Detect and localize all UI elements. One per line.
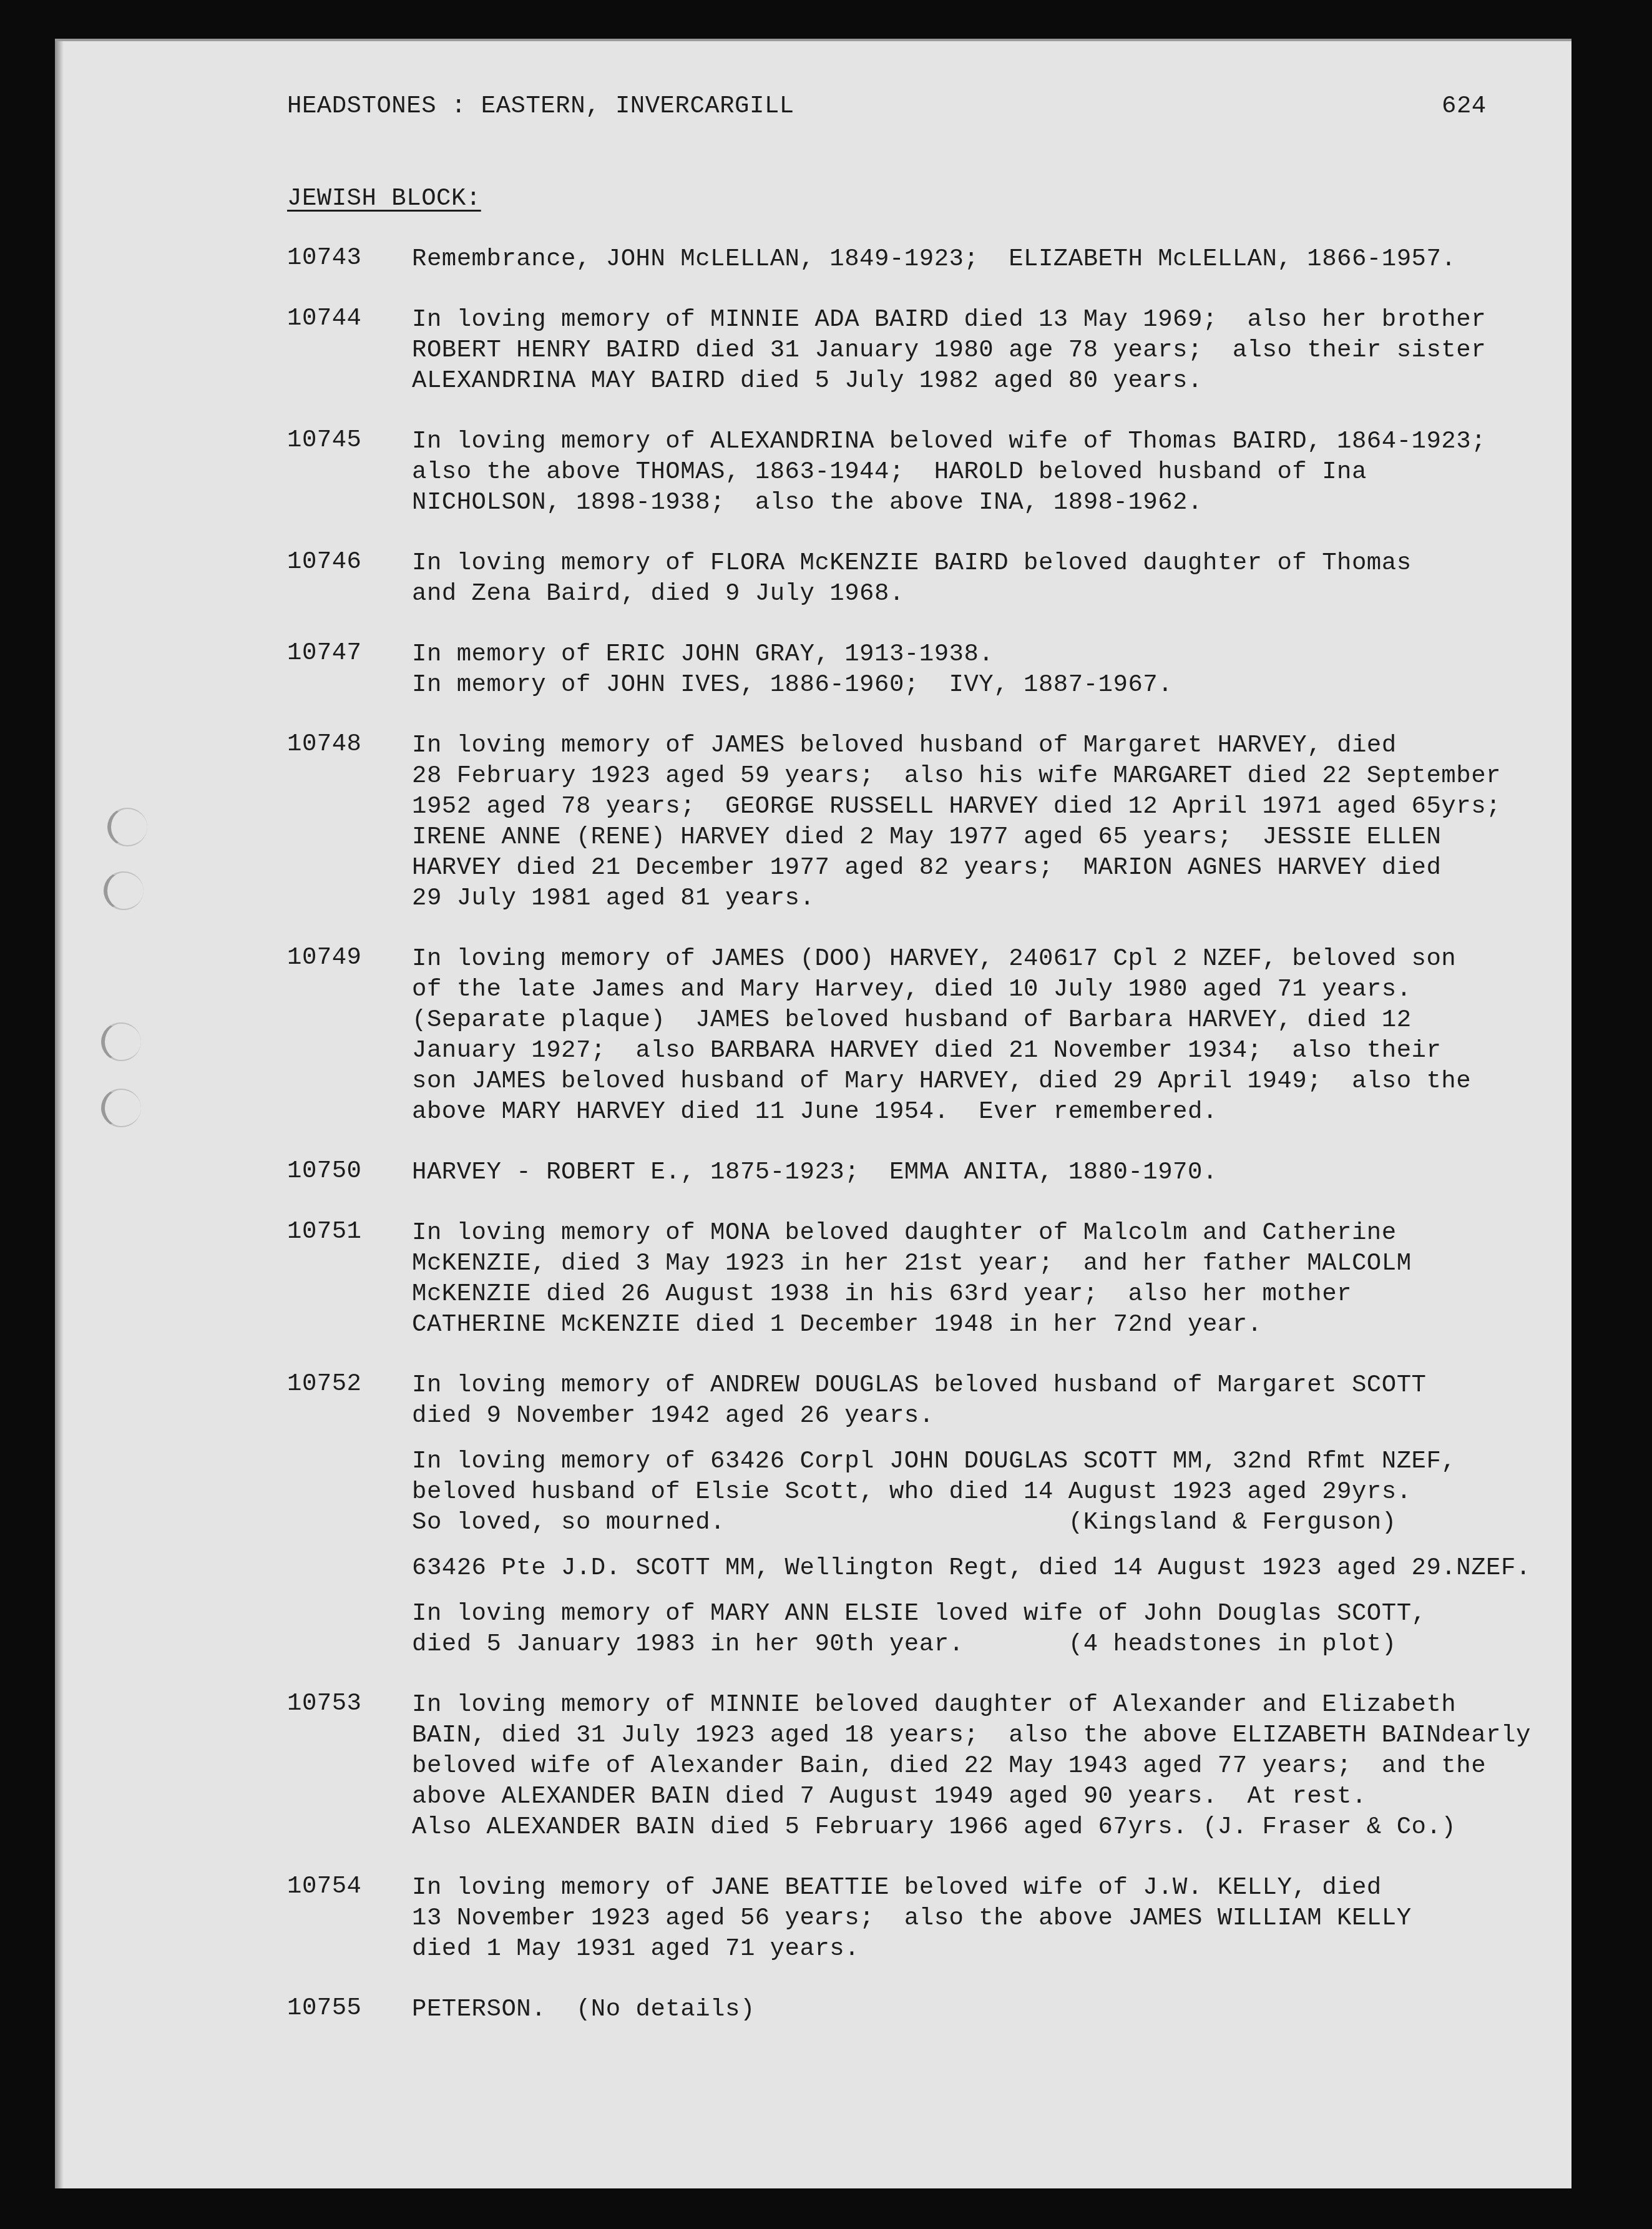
inscription-line: In loving memory of ANDREW DOUGLAS belov… [412,1370,1585,1401]
inscription-line: died 1 May 1931 aged 71 years. [412,1934,1585,1964]
inscription-line: McKENZIE died 26 August 1938 in his 63rd… [412,1279,1585,1310]
inscription-line: McKENZIE, died 3 May 1923 in her 21st ye… [412,1248,1585,1279]
entry-number: 10747 [287,639,412,700]
inscription-line: In loving memory of ALEXANDRINA beloved … [412,426,1585,457]
entry-number: 10744 [287,305,412,396]
inscription-line: died 5 January 1983 in her 90th year. (4… [412,1629,1585,1660]
list-item: 10744In loving memory of MINNIE ADA BAIR… [287,305,1585,396]
inscription-paragraph: In loving memory of JAMES (DOO) HARVEY, … [412,944,1585,1127]
inscription-paragraph: 63426 Pte J.D. SCOTT MM, Wellington Regt… [412,1553,1585,1584]
entry-text: In loving memory of JAMES beloved husban… [412,730,1585,914]
inscription-line: HARVEY died 21 December 1977 aged 82 yea… [412,853,1585,883]
inscription-line: 13 November 1923 aged 56 years; also the… [412,1903,1585,1934]
inscription-line: In loving memory of FLORA McKENZIE BAIRD… [412,548,1585,579]
inscription-paragraph: In loving memory of ANDREW DOUGLAS belov… [412,1370,1585,1431]
inscription-line: 1952 aged 78 years; GEORGE RUSSELL HARVE… [412,791,1585,822]
list-item: 10751In loving memory of MONA beloved da… [287,1218,1585,1340]
inscription-paragraph: In loving memory of MINNIE beloved daugh… [412,1690,1585,1843]
section-title: JEWISH BLOCK: [287,185,481,212]
list-item: 10743Remembrance, JOHN McLELLAN, 1849-19… [287,244,1585,275]
entry-text: In loving memory of FLORA McKENZIE BAIRD… [412,548,1585,609]
list-item: 10748In loving memory of JAMES beloved h… [287,730,1585,914]
inscription-paragraph: HARVEY - ROBERT E., 1875-1923; EMMA ANIT… [412,1157,1585,1188]
inscription-paragraph: In loving memory of FLORA McKENZIE BAIRD… [412,548,1585,609]
inscription-line: 63426 Pte J.D. SCOTT MM, Wellington Regt… [412,1553,1585,1584]
list-item: 10746In loving memory of FLORA McKENZIE … [287,548,1585,609]
inscription-line: son JAMES beloved husband of Mary HARVEY… [412,1066,1585,1097]
entry-list: 10743Remembrance, JOHN McLELLAN, 1849-19… [287,244,1585,2055]
inscription-paragraph: In loving memory of JAMES beloved husban… [412,730,1585,914]
entry-text: In loving memory of MONA beloved daughte… [412,1218,1585,1340]
entry-text: PETERSON. (No details) [412,1994,1585,2025]
inscription-line: and Zena Baird, died 9 July 1968. [412,579,1585,609]
binder-hole [107,808,147,846]
inscription-line: In loving memory of JANE BEATTIE beloved… [412,1873,1585,1903]
inscription-line: also the above THOMAS, 1863-1944; HAROLD… [412,457,1585,487]
entry-text: Remembrance, JOHN McLELLAN, 1849-1923; E… [412,244,1585,275]
entry-text: In loving memory of MINNIE ADA BAIRD die… [412,305,1585,396]
inscription-paragraph: In loving memory of 63426 Corpl JOHN DOU… [412,1446,1585,1538]
inscription-line: NICHOLSON, 1898-1938; also the above INA… [412,487,1585,518]
binder-hole [104,871,144,910]
inscription-paragraph: In loving memory of MINNIE ADA BAIRD die… [412,305,1585,396]
inscription-paragraph: In loving memory of MARY ANN ELSIE loved… [412,1599,1585,1660]
inscription-line: BAIN, died 31 July 1923 aged 18 years; a… [412,1720,1585,1751]
inscription-line: In memory of ERIC JOHN GRAY, 1913-1938. [412,639,1585,670]
inscription-line: beloved wife of Alexander Bain, died 22 … [412,1751,1585,1781]
inscription-paragraph: Remembrance, JOHN McLELLAN, 1849-1923; E… [412,244,1585,275]
entry-number: 10753 [287,1690,412,1843]
page-number: 624 [1442,92,1487,120]
inscription-line: (Separate plaque) JAMES beloved husband … [412,1005,1585,1036]
entry-text: HARVEY - ROBERT E., 1875-1923; EMMA ANIT… [412,1157,1585,1188]
entry-number: 10751 [287,1218,412,1340]
inscription-line: beloved husband of Elsie Scott, who died… [412,1477,1585,1507]
inscription-line: 28 February 1923 aged 59 years; also his… [412,761,1585,791]
inscription-line: In loving memory of JAMES (DOO) HARVEY, … [412,944,1585,974]
list-item: 10752In loving memory of ANDREW DOUGLAS … [287,1370,1585,1660]
entry-text: In memory of ERIC JOHN GRAY, 1913-1938.I… [412,639,1585,700]
inscription-line: of the late James and Mary Harvey, died … [412,974,1585,1005]
document-page: HEADSTONES : EASTERN, INVERCARGILL 624 J… [55,39,1571,2188]
inscription-line: January 1927; also BARBARA HARVEY died 2… [412,1036,1585,1066]
inscription-line: above MARY HARVEY died 11 June 1954. Eve… [412,1097,1585,1127]
entry-text: In loving memory of ANDREW DOUGLAS belov… [412,1370,1585,1660]
entry-text: In loving memory of MINNIE beloved daugh… [412,1690,1585,1843]
entry-text: In loving memory of ALEXANDRINA beloved … [412,426,1585,518]
inscription-paragraph: PETERSON. (No details) [412,1994,1585,2025]
page-title: HEADSTONES : EASTERN, INVERCARGILL [287,92,794,120]
entry-number: 10750 [287,1157,412,1188]
inscription-line: 29 July 1981 aged 81 years. [412,883,1585,914]
entry-number: 10743 [287,244,412,275]
entry-number: 10745 [287,426,412,518]
inscription-line: IRENE ANNE (RENE) HARVEY died 2 May 1977… [412,822,1585,853]
inscription-line: So loved, so mourned. (Kingsland & Fergu… [412,1507,1585,1538]
entry-number: 10748 [287,730,412,914]
list-item: 10745In loving memory of ALEXANDRINA bel… [287,426,1585,518]
inscription-line: Remembrance, JOHN McLELLAN, 1849-1923; E… [412,244,1585,275]
list-item: 10750HARVEY - ROBERT E., 1875-1923; EMMA… [287,1157,1585,1188]
inscription-line: HARVEY - ROBERT E., 1875-1923; EMMA ANIT… [412,1157,1585,1188]
inscription-line: PETERSON. (No details) [412,1994,1585,2025]
entry-text: In loving memory of JAMES (DOO) HARVEY, … [412,944,1585,1127]
list-item: 10755PETERSON. (No details) [287,1994,1585,2025]
inscription-paragraph: In loving memory of ALEXANDRINA beloved … [412,426,1585,518]
inscription-line: In loving memory of 63426 Corpl JOHN DOU… [412,1446,1585,1477]
inscription-line: Also ALEXANDER BAIN died 5 February 1966… [412,1812,1585,1843]
inscription-paragraph: In memory of ERIC JOHN GRAY, 1913-1938.I… [412,639,1585,700]
inscription-line: In loving memory of MONA beloved daughte… [412,1218,1585,1248]
entry-number: 10752 [287,1370,412,1660]
inscription-line: ALEXANDRINA MAY BAIRD died 5 July 1982 a… [412,366,1585,396]
entry-number: 10755 [287,1994,412,2025]
inscription-line: above ALEXANDER BAIN died 7 August 1949 … [412,1781,1585,1812]
list-item: 10754In loving memory of JANE BEATTIE be… [287,1873,1585,1964]
inscription-line: died 9 November 1942 aged 26 years. [412,1401,1585,1431]
inscription-line: In memory of JOHN IVES, 1886-1960; IVY, … [412,670,1585,700]
inscription-line: ROBERT HENRY BAIRD died 31 January 1980 … [412,335,1585,366]
list-item: 10753In loving memory of MINNIE beloved … [287,1690,1585,1843]
list-item: 10749In loving memory of JAMES (DOO) HAR… [287,944,1585,1127]
entry-number: 10754 [287,1873,412,1964]
inscription-paragraph: In loving memory of JANE BEATTIE beloved… [412,1873,1585,1964]
entry-text: In loving memory of JANE BEATTIE beloved… [412,1873,1585,1964]
inscription-line: In loving memory of MINNIE beloved daugh… [412,1690,1585,1720]
binder-hole [101,1089,141,1127]
entry-number: 10746 [287,548,412,609]
inscription-line: In loving memory of MARY ANN ELSIE loved… [412,1599,1585,1629]
inscription-line: In loving memory of MINNIE ADA BAIRD die… [412,305,1585,335]
binder-hole [101,1022,141,1061]
inscription-line: CATHERINE McKENZIE died 1 December 1948 … [412,1310,1585,1340]
entry-number: 10749 [287,944,412,1127]
inscription-line: In loving memory of JAMES beloved husban… [412,730,1585,761]
list-item: 10747In memory of ERIC JOHN GRAY, 1913-1… [287,639,1585,700]
inscription-paragraph: In loving memory of MONA beloved daughte… [412,1218,1585,1340]
